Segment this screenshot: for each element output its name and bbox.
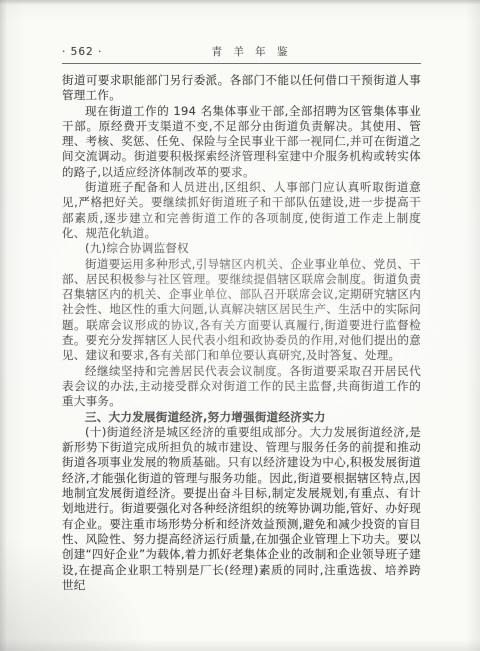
body-paragraph: 现在街道工作的 194 名集体事业干部,全部招聘为区管集体事业干部。原经费开支渠… (62, 104, 421, 180)
header-divider-rule (62, 63, 421, 64)
body-paragraph: 街道可要求职能部门另行委派。各部门不能以任何借口干预街道人事管理工作。 (62, 73, 421, 104)
body-paragraph: 街道要运用多种形式,引导辖区内机关、企业事业单位、党员、干部、居民积极参与社区管… (62, 257, 421, 364)
subsection-heading: (九)综合协调监督权 (62, 241, 421, 256)
page-number: · 562 · (62, 46, 152, 58)
body-paragraph: (十)街道经济是城区经济的重要组成部分。大力发展街道经济,是新形势下街道完成所担… (62, 425, 421, 593)
running-header: · 562 · 青 羊 年 鉴 (62, 44, 421, 60)
scanned-book-page: · 562 · 青 羊 年 鉴 街道可要求职能部门另行委派。各部门不能以任何借口… (0, 0, 480, 651)
section-heading: 三、大力发展街道经济,努力增强街道经济实力 (62, 410, 421, 425)
body-text: 街道可要求职能部门另行委派。各部门不能以任何借口干预街道人事管理工作。现在街道工… (62, 73, 421, 593)
page-content-area: · 562 · 青 羊 年 鉴 街道可要求职能部门另行委派。各部门不能以任何借口… (62, 44, 421, 593)
body-paragraph: 街道班子配备和人员进出,区组织、人事部门应认真听取街道意见,严格把好关。要继续抓… (62, 180, 421, 241)
body-paragraph: 经继续坚持和完善居民代表会议制度。各街道要采取召开居民代表会议的办法,主动接受群… (62, 364, 421, 410)
book-title: 青 羊 年 鉴 (152, 44, 421, 59)
